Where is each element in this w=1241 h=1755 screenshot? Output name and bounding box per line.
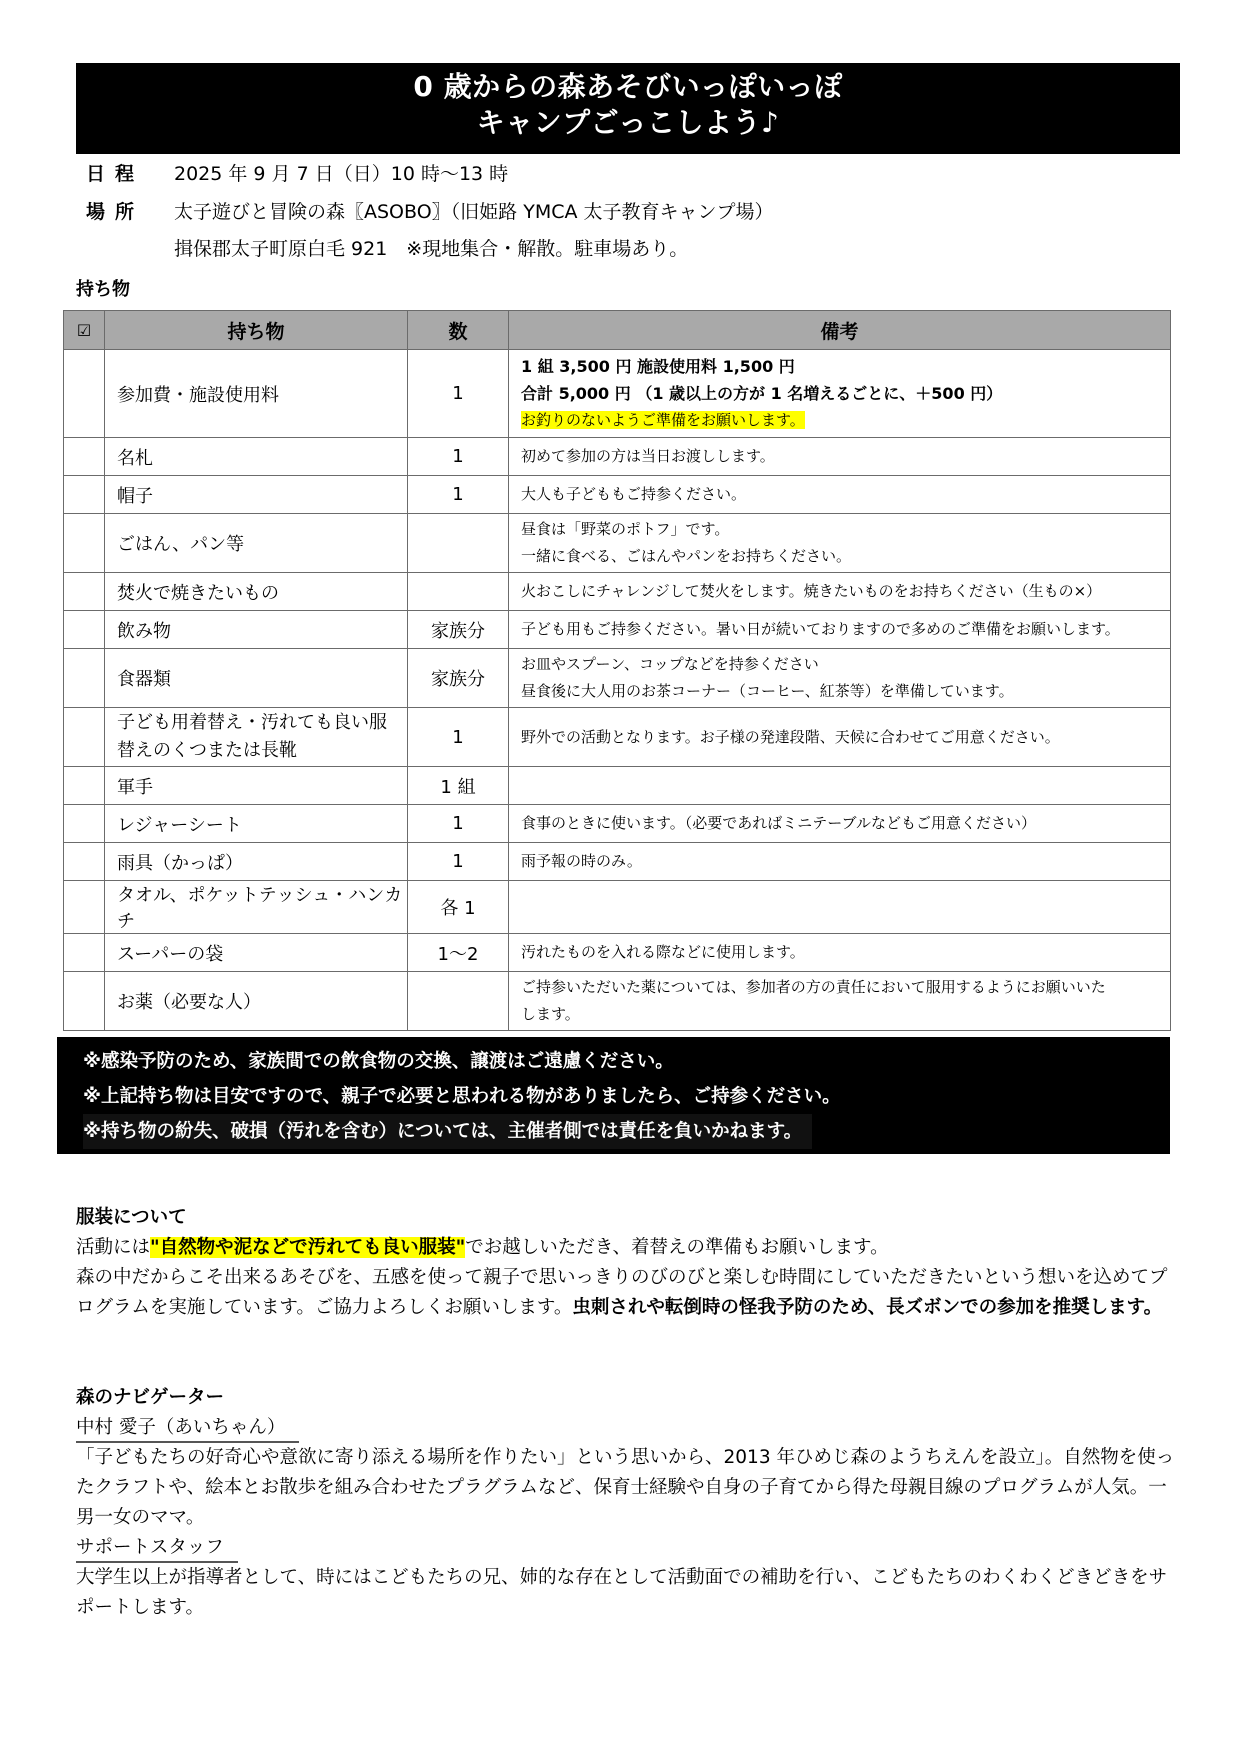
item-cell: タオル、ポケットテッシュ・ハンカチ [105, 881, 408, 934]
navigator-heading: 森のナビゲーター [76, 1383, 1176, 1413]
check-cell[interactable] [64, 476, 105, 514]
qty-cell: 1 [408, 350, 509, 438]
item-cell: 参加費・施設使用料 [105, 350, 408, 438]
place-row: 場所太子遊びと冒険の森〖ASOBO〗（旧姫路 YMCA 太子教育キャンプ場） [86, 201, 774, 223]
fee-line: 1 組 3,500 円 施設使用料 1,500 円 [521, 353, 1170, 380]
check-cell[interactable] [64, 573, 105, 611]
item-cell: 飲み物 [105, 611, 408, 649]
table-row: 参加費・施設使用料 1 1 組 3,500 円 施設使用料 1,500 円 合計… [64, 350, 1171, 438]
place-label: 場所 [86, 201, 174, 223]
title-line-1: 0 歳からの森あそびいっぽいっぽ [76, 69, 1180, 105]
table-row: 焚火で焼きたいもの 火おこしにチャレンジして焚火をします。焼きたいものをお持ちく… [64, 573, 1171, 611]
navigator-name: 中村 愛子（あいちゃん） [76, 1415, 299, 1443]
total-line: 合計 5,000 円 （1 歳以上の方が 1 名増えるごとに、＋500 円） [521, 380, 1170, 407]
check-cell[interactable] [64, 514, 105, 573]
check-cell[interactable] [64, 611, 105, 649]
item-cell: 帽子 [105, 476, 408, 514]
item-cell: 軍手 [105, 767, 408, 805]
qty-cell [408, 972, 509, 1031]
schedule-row: 日程2025 年 9 月 7 日（日）10 時～13 時 [86, 163, 508, 185]
notice-box: ※感染予防のため、家族間での飲食物の交換、譲渡はご遠慮ください。 ※上記持ち物は… [57, 1037, 1170, 1154]
qty-column-header: 数 [408, 311, 509, 350]
navigator-bio: 「子どもたちの好奇心や意欲に寄り添える場所を作りたい」という思いから、2013 … [76, 1443, 1176, 1533]
clothing-p2: 森の中だからこそ出来るあそびを、五感を使って親子で思いっきりのびのびと楽しむ時間… [76, 1263, 1176, 1323]
item-cell: 名札 [105, 438, 408, 476]
belongings-table: ☑ 持ち物 数 備考 参加費・施設使用料 1 1 組 3,500 円 施設使用料… [63, 310, 1171, 1031]
table-row: 食器類 家族分 お皿やスプーン、コップなどを持参ください 昼食後に大人用のお茶コ… [64, 649, 1171, 708]
qty-cell: 各 1 [408, 881, 509, 934]
table-row: 飲み物 家族分 子ども用もご持参ください。暑い日が続いておりますので多めのご準備… [64, 611, 1171, 649]
exact-change-note: お釣りのないようご準備をお願いします。 [521, 411, 805, 429]
table-row: 軍手 1 組 [64, 767, 1171, 805]
check-cell[interactable] [64, 934, 105, 972]
table-row: お薬（必要な人） ご持参いただいた薬については、参加者の方の責任において服用する… [64, 972, 1171, 1031]
item-column-header: 持ち物 [105, 311, 408, 350]
qty-cell: 1 [408, 805, 509, 843]
qty-cell [408, 514, 509, 573]
item-cell: 焚火で焼きたいもの [105, 573, 408, 611]
check-cell[interactable] [64, 708, 105, 767]
staff-text: 大学生以上が指導者として、時にはこどもたちの兄、姉的な存在として活動面での補助を… [76, 1563, 1176, 1623]
item-cell: 子ども用着替え・汚れても良い服 替えのくつまたは長靴 [105, 708, 408, 767]
qty-cell: 1 [408, 708, 509, 767]
note-cell [509, 767, 1171, 805]
check-cell[interactable] [64, 881, 105, 934]
qty-cell [408, 573, 509, 611]
note-line: 一緒に食べる、ごはんやパンをお持ちください。 [521, 543, 1170, 570]
staff-heading: サポートスタッフ [76, 1535, 238, 1563]
text-span: でお越しいただき、着替えの準備もお願いします。 [465, 1237, 888, 1258]
belongings-heading: 持ち物 [76, 275, 130, 301]
note-cell: 初めて参加の方は当日お渡しします。 [509, 438, 1171, 476]
table-header-row: ☑ 持ち物 数 備考 [64, 311, 1171, 350]
table-row: 名札 1 初めて参加の方は当日お渡しします。 [64, 438, 1171, 476]
note-line: ご持参いただいた薬については、参加者の方の責任において服用するようにお願いいた [521, 974, 1170, 1001]
table-row: タオル、ポケットテッシュ・ハンカチ 各 1 [64, 881, 1171, 934]
qty-cell: 1 [408, 438, 509, 476]
table-row: 雨具（かっぱ） 1 雨予報の時のみ。 [64, 843, 1171, 881]
qty-cell: 1 組 [408, 767, 509, 805]
qty-cell: 1 [408, 476, 509, 514]
note-line: 昼食後に大人用のお茶コーナー（コーヒー、紅茶等）を準備しています。 [521, 678, 1170, 705]
qty-cell: 1～2 [408, 934, 509, 972]
check-cell[interactable] [64, 805, 105, 843]
note-cell: 子ども用もご持参ください。暑い日が続いておりますので多めのご準備をお願いします。 [509, 611, 1171, 649]
check-cell[interactable] [64, 972, 105, 1031]
item-cell: ごはん、パン等 [105, 514, 408, 573]
item-cell: 食器類 [105, 649, 408, 708]
schedule-label: 日程 [86, 163, 174, 185]
note-cell: 昼食は「野菜のポトフ」です。 一緒に食べる、ごはんやパンをお持ちください。 [509, 514, 1171, 573]
table-row: スーパーの袋 1～2 汚れたものを入れる際などに使用します。 [64, 934, 1171, 972]
notice-guideline: ※上記持ち物は目安ですので、親子で必要と思われる物がありましたら、ご持参ください… [83, 1079, 1170, 1114]
note-line: お皿やスプーン、コップなどを持参ください [521, 651, 1170, 678]
note-cell: 雨予報の時のみ。 [509, 843, 1171, 881]
notice-infection: ※感染予防のため、家族間での飲食物の交換、譲渡はご遠慮ください。 [83, 1044, 1170, 1079]
text-span: 活動には [76, 1237, 150, 1258]
check-cell[interactable] [64, 767, 105, 805]
table-row: レジャーシート 1 食事のときに使います。（必要であればミニテーブルなどもご用意… [64, 805, 1171, 843]
highlighted-phrase: "自然物や泥などで汚れても良い服装" [150, 1237, 465, 1258]
address: 揖保郡太子町原白毛 921 ※現地集合・解散。駐車場あり。 [174, 238, 688, 260]
note-cell: 火おこしにチャレンジして焚火をします。焼きたいものをお持ちください（生もの×） [509, 573, 1171, 611]
checkbox-column-header: ☑ [64, 311, 105, 350]
check-cell[interactable] [64, 438, 105, 476]
note-line: 昼食は「野菜のポトフ」です。 [521, 516, 1170, 543]
note-cell: 大人も子どももご持参ください。 [509, 476, 1171, 514]
note-cell: お皿やスプーン、コップなどを持参ください 昼食後に大人用のお茶コーナー（コーヒー… [509, 649, 1171, 708]
check-cell[interactable] [64, 649, 105, 708]
title-banner: 0 歳からの森あそびいっぽいっぽ キャンプごっこしよう♪ [76, 63, 1180, 154]
note-line: します。 [521, 1001, 1170, 1028]
check-cell[interactable] [64, 350, 105, 438]
item-cell: お薬（必要な人） [105, 972, 408, 1031]
qty-cell: 家族分 [408, 611, 509, 649]
qty-cell: 1 [408, 843, 509, 881]
clothing-section: 服装について 活動には"自然物や泥などで汚れても良い服装"でお越しいただき、着替… [76, 1203, 1176, 1323]
check-cell[interactable] [64, 843, 105, 881]
item-cell: 雨具（かっぱ） [105, 843, 408, 881]
note-cell: 野外での活動となります。お子様の発達段階、天候に合わせてご用意ください。 [509, 708, 1171, 767]
item-line: 替えのくつまたは長靴 [117, 737, 407, 765]
title-line-2: キャンプごっこしよう♪ [76, 105, 1180, 141]
clothing-heading: 服装について [76, 1203, 1176, 1233]
bold-recommendation: 虫刺されや転倒時の怪我予防のため、長ズボンでの参加を推奨します。 [572, 1297, 1162, 1318]
note-cell: ご持参いただいた薬については、参加者の方の責任において服用するようにお願いいた … [509, 972, 1171, 1031]
item-cell: レジャーシート [105, 805, 408, 843]
note-cell [509, 881, 1171, 934]
notice-liability: ※持ち物の紛失、破損（汚れを含む）については、主催者側では責任を負いかねます。 [83, 1114, 812, 1149]
note-column-header: 備考 [509, 311, 1171, 350]
schedule-value: 2025 年 9 月 7 日（日）10 時～13 時 [174, 163, 508, 185]
clothing-p1: 活動には"自然物や泥などで汚れても良い服装"でお越しいただき、着替えの準備もお願… [76, 1233, 1176, 1263]
table-row: 子ども用着替え・汚れても良い服 替えのくつまたは長靴 1 野外での活動となります… [64, 708, 1171, 767]
table-row: ごはん、パン等 昼食は「野菜のポトフ」です。 一緒に食べる、ごはんやパンをお持ち… [64, 514, 1171, 573]
table-row: 帽子 1 大人も子どももご持参ください。 [64, 476, 1171, 514]
navigator-section: 森のナビゲーター 中村 愛子（あいちゃん） 「子どもたちの好奇心や意欲に寄り添え… [76, 1383, 1176, 1623]
qty-cell: 家族分 [408, 649, 509, 708]
place-value: 太子遊びと冒険の森〖ASOBO〗（旧姫路 YMCA 太子教育キャンプ場） [174, 201, 774, 223]
note-cell: 1 組 3,500 円 施設使用料 1,500 円 合計 5,000 円 （1 … [509, 350, 1171, 438]
item-cell: スーパーの袋 [105, 934, 408, 972]
note-cell: 汚れたものを入れる際などに使用します。 [509, 934, 1171, 972]
item-line: 子ども用着替え・汚れても良い服 [117, 709, 407, 737]
note-cell: 食事のときに使います。（必要であればミニテーブルなどもご用意ください） [509, 805, 1171, 843]
